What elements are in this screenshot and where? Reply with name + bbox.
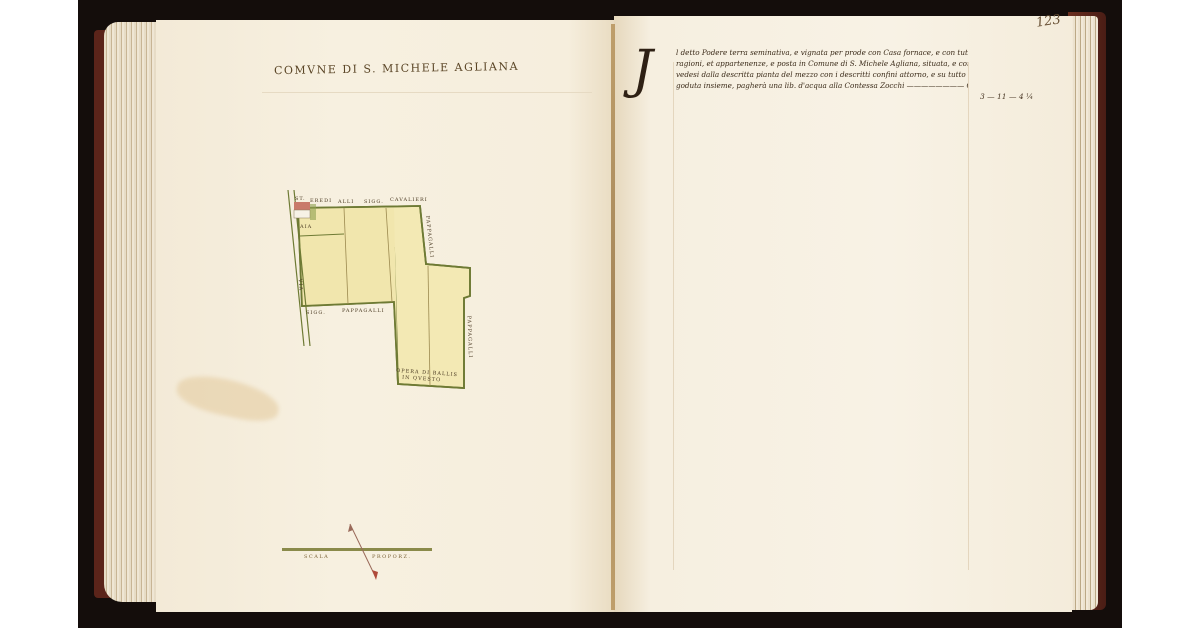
map-label: ALLI [338, 199, 354, 205]
entry-line: vedesi dalla descritta pianta del mezzo … [676, 69, 968, 80]
map-label: CAVALIERI [390, 197, 428, 203]
map-label: ST. [295, 196, 306, 202]
scale-label: SCALA [304, 554, 329, 560]
map-label: EREDI [310, 198, 332, 204]
scale-bar-line [282, 548, 432, 551]
scale-and-compass [272, 520, 452, 590]
garden-icon [310, 204, 316, 220]
map-label: SIGG. [364, 199, 384, 205]
estate-map: ST. EREDI ALLI SIGG. CAVALIERI AIA VIA S… [280, 186, 480, 396]
map-label: PAPPAGALLI [342, 308, 385, 314]
faint-ruled-line [262, 92, 592, 93]
map-label: AIA [300, 224, 312, 230]
scale-label: PROPORZ. [372, 554, 411, 560]
entry-amount: 3 — 11 — 4 ¼ [980, 92, 1033, 101]
entry-text: l detto Podere terra seminativa, e vigna… [676, 47, 968, 91]
entry-line: l detto Podere terra seminativa, e vigna… [676, 47, 968, 58]
book-gutter [611, 24, 615, 610]
map-label: SIGG. [306, 310, 326, 316]
entry-line: goduta insieme, pagherà una lib. d'acqua… [676, 80, 968, 91]
page-edges-right [1068, 16, 1098, 610]
scale-bar: SCALA PROPORZ. [272, 520, 452, 590]
ruled-entry-box [673, 62, 969, 570]
estate-parcel-drawing [280, 186, 480, 396]
entry-line: ragioni, et appartenenze, e posta in Com… [676, 58, 968, 69]
page-edges-left [104, 22, 160, 602]
south-arrow-icon [372, 570, 378, 580]
map-label: VIA [296, 279, 303, 292]
decorated-initial: J [632, 44, 653, 96]
house-icon [294, 210, 310, 218]
